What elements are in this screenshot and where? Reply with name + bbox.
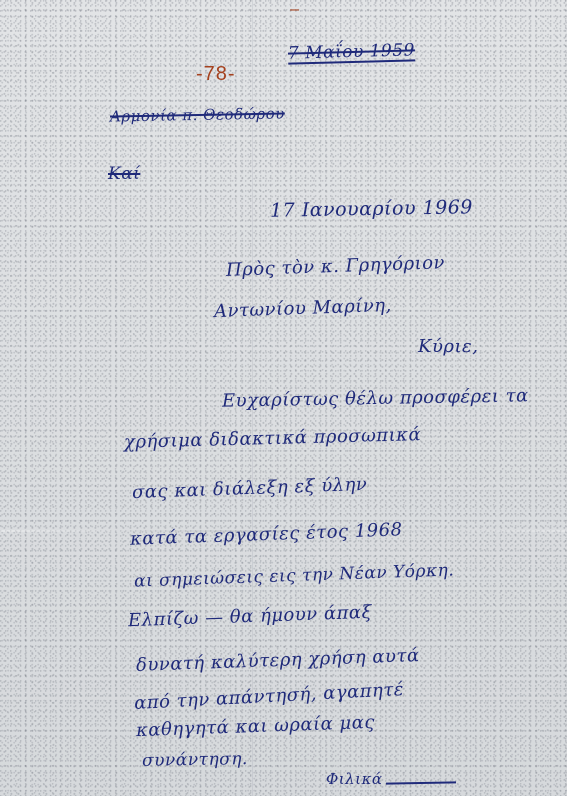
struck-place: Αρμονία π. Θεοδώρου — [110, 106, 285, 124]
recipient-line-2: Αντωνίου Μαρίνη, — [214, 297, 392, 321]
body-line-10: συνάντηση. — [142, 751, 248, 770]
recipient-line-1: Πρὸς τὸν κ. Γρηγόριον — [226, 254, 445, 280]
body-line-3: σας και διάλεξη εξ ύλην — [132, 476, 368, 502]
closing: Φιλικά — [326, 772, 383, 787]
signature-stroke — [386, 781, 456, 784]
salutation: Κύριε, — [418, 338, 478, 356]
body-line-4: κατά τα εργασίες έτος 1968 — [130, 521, 403, 549]
page-number: -78- — [196, 64, 236, 84]
body-line-2: χρήσιμα διδακτικά προσωπικά — [124, 426, 422, 452]
body-line-8: από την απάντησή, αγαπητέ — [134, 681, 405, 713]
top-mark: – — [290, 2, 299, 18]
body-line-9: καθηγητά και ωραία μας — [136, 714, 375, 740]
body-line-7: δυνατή καλύτερη χρήση αυτά — [136, 647, 420, 675]
struck-date: 7 Μαΐου 1959 — [288, 42, 415, 64]
body-line-6: Ελπίζω — θα ήμουν άπαξ — [128, 604, 372, 631]
body-line-1: Ευχαρίστως θέλω προσφέρει τα — [222, 387, 529, 410]
struck-greeting: Καί — [108, 166, 140, 183]
letter-page: – -78- 7 Μαΐου 1959 Αρμονία π. Θεοδώρου … — [0, 0, 567, 796]
letter-date: 17 Ιανουαρίου 1969 — [270, 198, 473, 221]
body-line-5: αι σημειώσεις εις την Νέαν Υόρκη. — [134, 562, 455, 590]
